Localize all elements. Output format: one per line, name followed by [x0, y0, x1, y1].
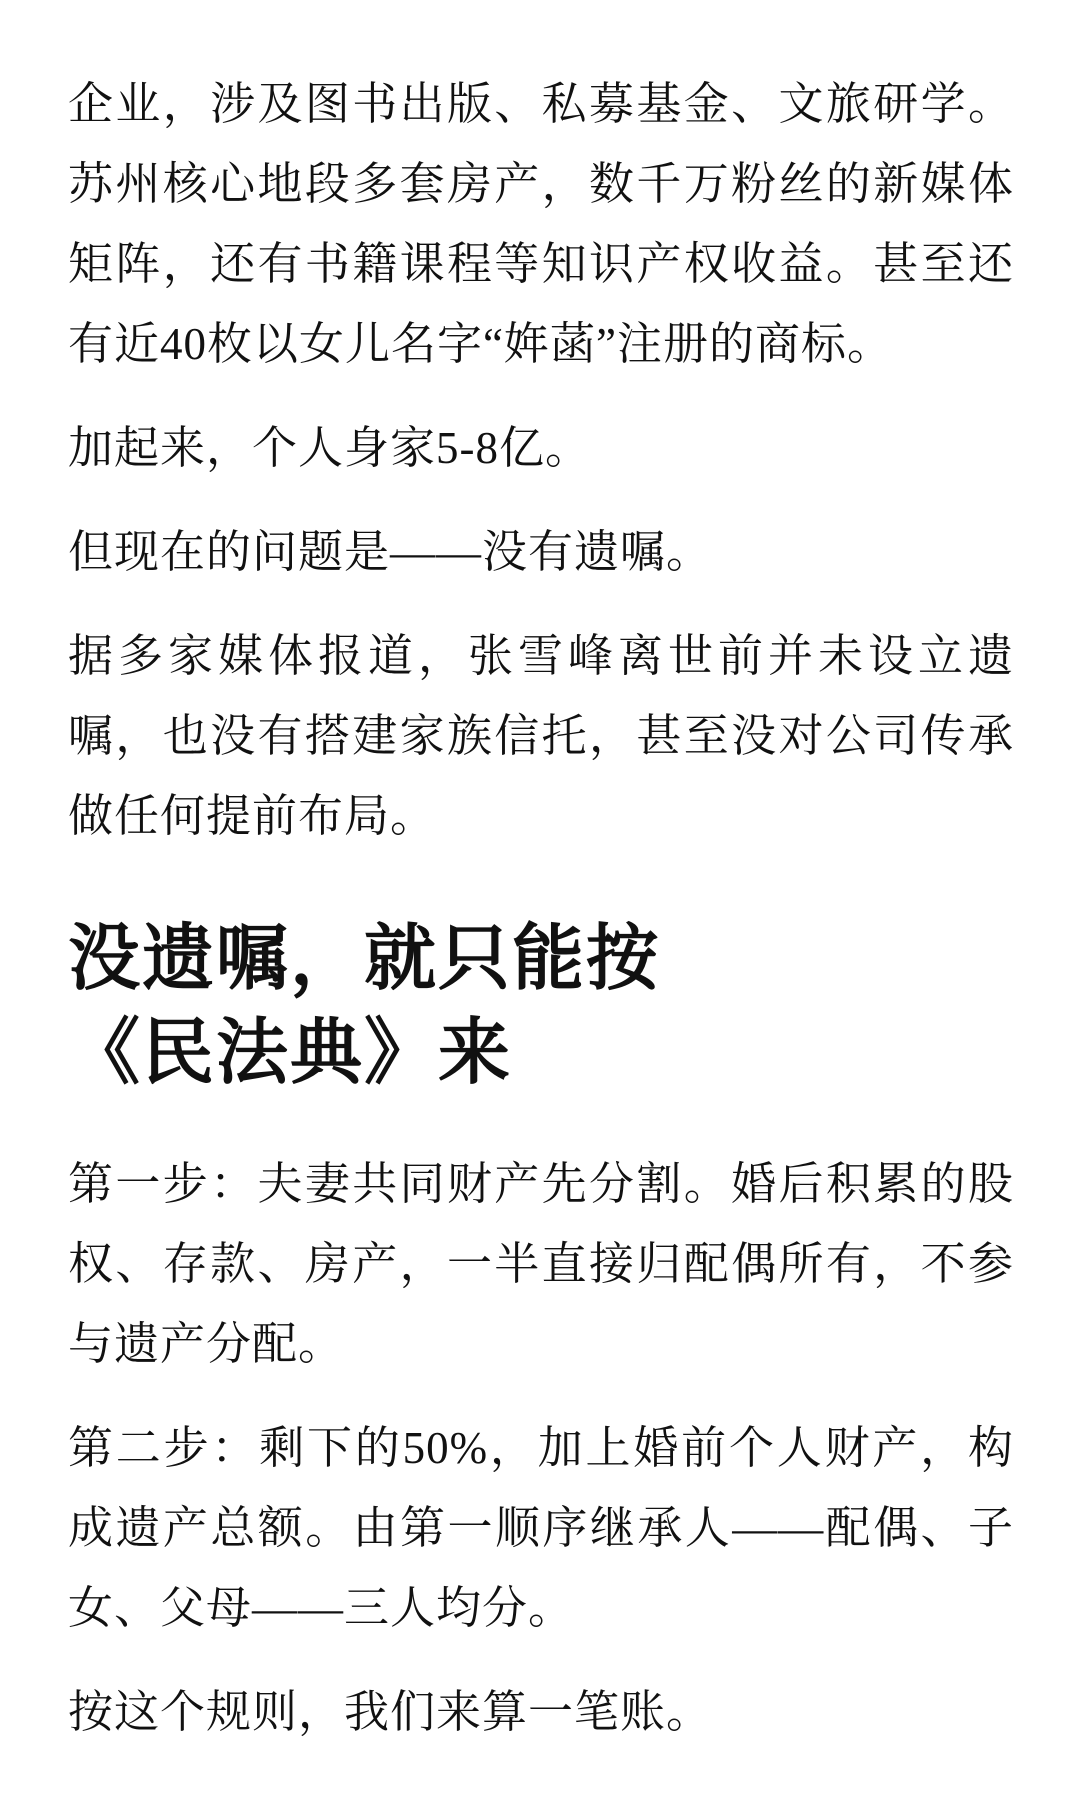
paragraph-assets-overview: 企业，涉及图书出版、私募基金、文旅研学。苏州核心地段多套房产，数千万粉丝的新媒体… [68, 64, 1014, 384]
paragraph-no-will-problem: 但现在的问题是——没有遗嘱。 [68, 512, 1014, 592]
paragraph-step-two: 第二步：剩下的50%，加上婚前个人财产，构成遗产总额。由第一顺序继承人——配偶、… [68, 1408, 1014, 1648]
paragraph-calculation-intro: 按这个规则，我们来算一笔账。 [68, 1672, 1014, 1752]
section-heading-line-2: 《民法典》来 [68, 1006, 1014, 1100]
paragraph-step-one: 第一步：夫妻共同财产先分割。婚后积累的股权、存款、房产，一半直接归配偶所有，不参… [68, 1144, 1014, 1384]
section-heading-line-1: 没遗嘱，就只能按 [68, 912, 1014, 1006]
section-heading: 没遗嘱，就只能按 《民法典》来 [68, 912, 1014, 1100]
paragraph-media-report: 据多家媒体报道，张雪峰离世前并未设立遗嘱，也没有搭建家族信托，甚至没对公司传承做… [68, 616, 1014, 856]
article-page: 企业，涉及图书出版、私募基金、文旅研学。苏州核心地段多套房产，数千万粉丝的新媒体… [0, 0, 1080, 1800]
paragraph-net-worth: 加起来，个人身家5-8亿。 [68, 408, 1014, 488]
